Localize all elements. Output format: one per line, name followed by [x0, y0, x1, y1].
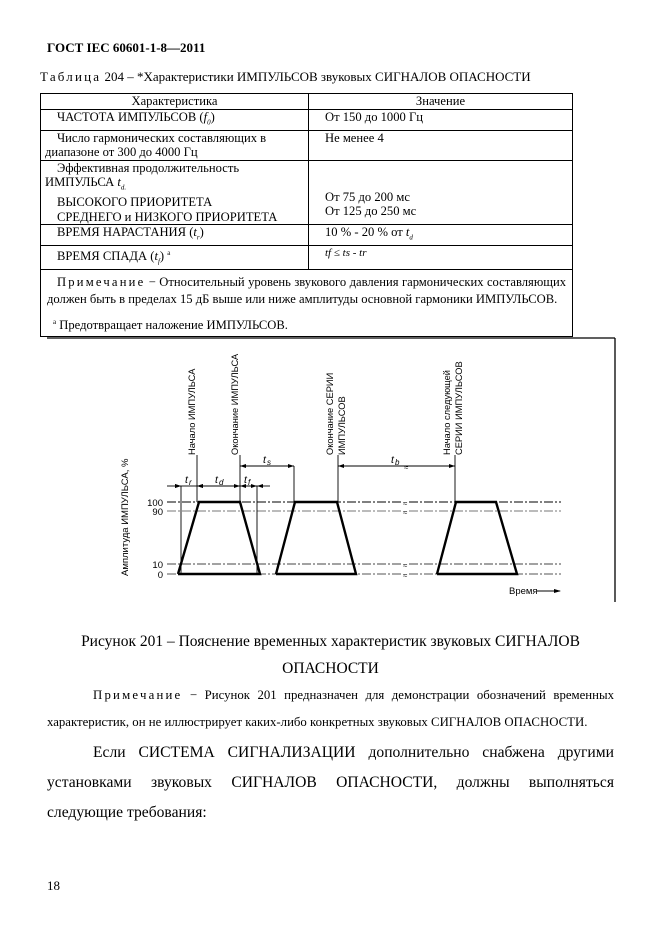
svg-text:90: 90: [152, 507, 163, 518]
svg-text:b: b: [395, 458, 400, 467]
svg-text:0: 0: [158, 570, 163, 581]
svg-text:≈: ≈: [404, 463, 409, 472]
svg-text:≈: ≈: [403, 571, 408, 580]
svg-text:Окончание СЕРИИ: Окончание СЕРИИ: [325, 373, 335, 455]
svg-text:ИМПУЛЬСОВ: ИМПУЛЬСОВ: [337, 396, 347, 455]
svg-text:Окончание ИМПУЛЬСА: Окончание ИМПУЛЬСА: [230, 353, 240, 455]
figure-note: Примечание − Рисунок 201 предназначен дл…: [47, 682, 614, 736]
svg-text:≈: ≈: [403, 508, 408, 517]
svg-text:≈: ≈: [403, 561, 408, 570]
svg-text:Начало ИМПУЛЬСА: Начало ИМПУЛЬСА: [187, 368, 197, 455]
svg-text:Амплитуда ИМПУЛЬСА, %: Амплитуда ИМПУЛЬСА, %: [120, 458, 131, 576]
svg-text:СЕРИИ ИМПУЛЬСОВ: СЕРИИ ИМПУЛЬСОВ: [454, 361, 464, 455]
svg-text:≈: ≈: [403, 499, 408, 508]
body-paragraph: Если СИСТЕМА СИГНАЛИЗАЦИИ дополнительно …: [47, 738, 614, 828]
svg-text:Время: Время: [509, 586, 538, 597]
svg-text:Начало следующей: Начало следующей: [442, 370, 452, 455]
svg-text:r: r: [189, 478, 192, 487]
figure-caption: Рисунок 201 – Пояснение временных характ…: [0, 628, 661, 682]
svg-text:s: s: [267, 458, 271, 467]
svg-text:d: d: [219, 478, 224, 487]
page-number: 18: [47, 878, 60, 894]
